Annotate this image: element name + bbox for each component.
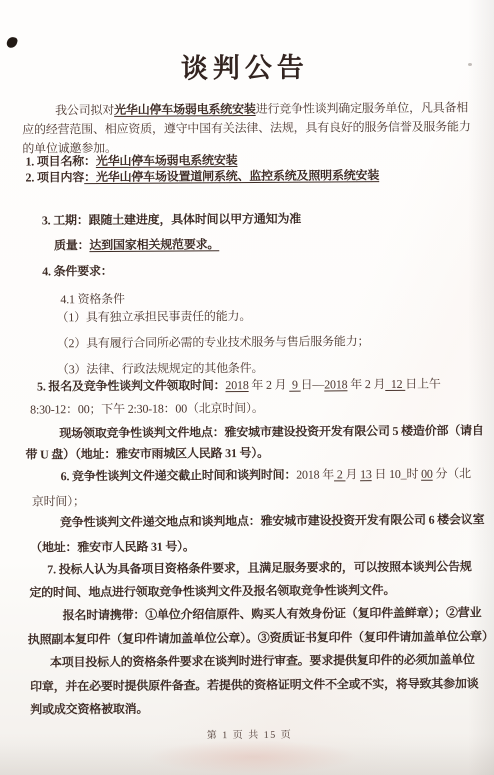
text-segment: 13	[360, 467, 372, 481]
text-segment: 月	[345, 467, 360, 481]
bidder-notice-cont: 定的时间、地点进行领取竞争性谈判文件及报名领取竞争性谈判文件。	[29, 582, 395, 602]
text-segment: 3. 工期：跟随土建进度，具体时间以甲方通知为准	[42, 212, 301, 228]
text-segment: 质量：	[54, 238, 90, 252]
text-segment: 1. 项目名称：	[25, 154, 96, 168]
text-segment: 雅安城市建设投资开发有限公司 6 楼会议室	[260, 512, 484, 528]
text-segment: 印章，并在必要时提供原件备查。若提供的资格证明文件不全或不实，将导致其参加谈	[30, 676, 478, 693]
qualification-3: （3）法律、行政法规规定的其他条件。	[57, 360, 264, 378]
text-segment: 本项目投标人的资格条件要求在谈判时进行审查。要求提供复印件的必须加盖单位	[50, 652, 475, 669]
text-segment: 00	[421, 467, 433, 481]
text-segment: 9	[289, 378, 301, 392]
text-segment: 2. 项目内容	[25, 170, 84, 184]
text-segment: 4. 条件要求：	[42, 264, 113, 278]
registration-bring-cont: 执照副本复印件（复印件请加盖单位公章）。③资质证书复印件（复印件请加盖单位公章）	[28, 628, 494, 648]
text-segment: 2	[334, 467, 346, 481]
page-title: 谈判公告	[0, 44, 492, 86]
pickup-time-cont: 8:30-12：00；下午 2:30-18：00（北京时间）。	[30, 400, 264, 419]
item-submit-place: 竞争性谈判文件递交地点和谈判地点：雅安城市建设投资开发有限公司 6 楼会议室	[60, 511, 485, 531]
text-segment: 年 2 月	[347, 377, 385, 391]
qualification-1: （1）具有独立承担民事责任的能力。	[56, 308, 251, 326]
item-conditions: 4. 条件要求：	[42, 263, 113, 280]
document-content: 谈判公告 我公司拟对光华山停车场弱电系统安装进行竞争性谈判确定服务单位，凡具备相…	[0, 0, 494, 775]
text-segment: 我公司拟对	[55, 103, 114, 117]
text-segment: 12	[385, 377, 405, 391]
text-segment: 日—	[301, 377, 325, 391]
text-segment: 执照副本复印件（复印件请加盖单位公章）。③资质证书复印件（复印件请加盖单位公章）	[28, 629, 494, 646]
text-segment: 达到国家相关规范要求。	[89, 237, 219, 252]
submit-place-cont: （地址：雅安市人民路 31 号）。	[30, 538, 195, 556]
text-segment: 进行竞争性谈判确定服务单位，凡具备相	[256, 100, 468, 115]
item-bidder-notice: 7. 投标人认为具备项目资格条件要求，且满足服务要求的，可以按照本谈判公告规	[47, 558, 472, 578]
intro-line-2: 应的经营范围、相应资质，遵守中国有关法律、法规，具有良好的服务信誉及服务能力	[22, 118, 471, 138]
text-segment: 2018 年	[296, 467, 334, 481]
item-qualification: 4.1 资格条件	[60, 291, 125, 308]
review-notice-end: 判或成交资格被取消。	[30, 701, 148, 719]
text-segment: 8:30-12：00；下午 2:30-18：00（北京时间）。	[30, 401, 264, 417]
review-notice: 本项目投标人的资格条件要求在谈判时进行审查。要求提供复印件的必须加盖单位	[50, 651, 475, 671]
text-segment: 2018	[324, 377, 347, 391]
qualification-2: （2）具有履行合同所必需的专业技术服务与售后服务能力；	[57, 333, 370, 352]
pickup-place-cont: 带 U 盘）（地址：雅安市雨城区人民路 31 号）。	[25, 445, 269, 464]
text-segment: 带 U 盘）（地址：雅安市雨城区人民路 31 号）。	[25, 446, 269, 462]
text-segment: （2）具有履行合同所必需的专业技术服务与售后服务能力；	[57, 334, 370, 350]
text-segment: 定的时间、地点进行领取竞争性谈判文件及报名领取竞争性谈判文件。	[29, 583, 395, 600]
intro-line-1: 我公司拟对光华山停车场弱电系统安装进行竞争性谈判确定服务单位，凡具备相	[55, 99, 468, 119]
item-deadline: 6. 竞争性谈判文件递交截止时间和谈判时间：2018 年 2 月 13 日 10…	[61, 465, 471, 485]
text-segment: 4.1 资格条件	[60, 292, 125, 306]
text-segment: 现场领取竞争性谈判文件地点：雅安城市建设投资开发有限公司 5 楼造价部（请自	[59, 423, 483, 440]
photo-shadow-right	[468, 0, 494, 775]
item-project-content: 2. 项目内容：光华山停车场设置道闸系统、监控系统及照明系统安装	[25, 167, 379, 186]
text-segment: 报名时请携带：①单位介绍信原件、购买人有效身份证（复印件盖鲜章）；②营业	[63, 605, 482, 622]
item-schedule: 3. 工期：跟随土建进度，具体时间以甲方通知为准	[42, 211, 301, 230]
item-quality: 质量：达到国家相关规范要求。	[54, 236, 219, 254]
text-segment: 光华山停车场弱电系统安装	[114, 102, 256, 117]
photo-pink-smudge	[148, 740, 358, 774]
text-segment: 5. 报名及竞争性谈判文件领取时间：	[37, 378, 225, 393]
text-segment: 判或成交资格被取消。	[30, 702, 148, 717]
document-page: 谈判公告 我公司拟对光华山停车场弱电系统安装进行竞争性谈判确定服务单位，凡具备相…	[0, 0, 494, 775]
text-segment: （3）法律、行政法规规定的其他条件。	[57, 361, 263, 376]
text-segment: 京时间）；	[32, 494, 85, 508]
text-segment: 7. 投标人认为具备项目资格条件要求，且满足服务要求的，可以按照本谈判公告规	[47, 559, 471, 576]
text-segment: 竞争性谈判文件递交地点和谈判地点：	[60, 514, 261, 529]
text-segment: 光华山停车场弱电系统安装	[96, 153, 238, 168]
text-segment: 2018	[225, 378, 248, 392]
text-segment: 日 10_时	[372, 467, 422, 481]
document-body: 我公司拟对光华山停车场弱电系统安装进行竞争性谈判确定服务单位，凡具备相应的经营范…	[0, 0, 491, 2]
item-doc-pickup-time: 5. 报名及竞争性谈判文件领取时间：2018 年 2 月 9 日—2018 年 …	[37, 376, 441, 396]
registration-bring: 报名时请携带：①单位介绍信原件、购买人有效身份证（复印件盖鲜章）；②营业	[63, 604, 482, 624]
item-pickup-place: 现场领取竞争性谈判文件地点：雅安城市建设投资开发有限公司 5 楼造价部（请自	[59, 422, 484, 442]
review-notice-cont: 印章，并在必要时提供原件备查。若提供的资格证明文件不全或不实，将导致其参加谈	[30, 675, 479, 695]
text-segment: 分（北	[433, 466, 471, 480]
text-segment: 应的经营范围、相应资质，遵守中国有关法律、法规，具有良好的服务信誉及服务能力	[22, 119, 470, 136]
text-segment: （1）具有独立承担民事责任的能力。	[56, 309, 251, 324]
text-segment: ：光华山停车场设置道闸系统、监控系统及照明系统安装	[84, 168, 379, 184]
text-segment: 年 2 月	[249, 378, 290, 392]
text-segment: 日上午	[405, 377, 441, 391]
text-segment: 6. 竞争性谈判文件递交截止时间和谈判时间：	[61, 468, 297, 484]
text-segment: （地址：雅安市人民路 31 号）。	[30, 539, 195, 554]
deadline-cont: 京时间）；	[32, 493, 85, 510]
